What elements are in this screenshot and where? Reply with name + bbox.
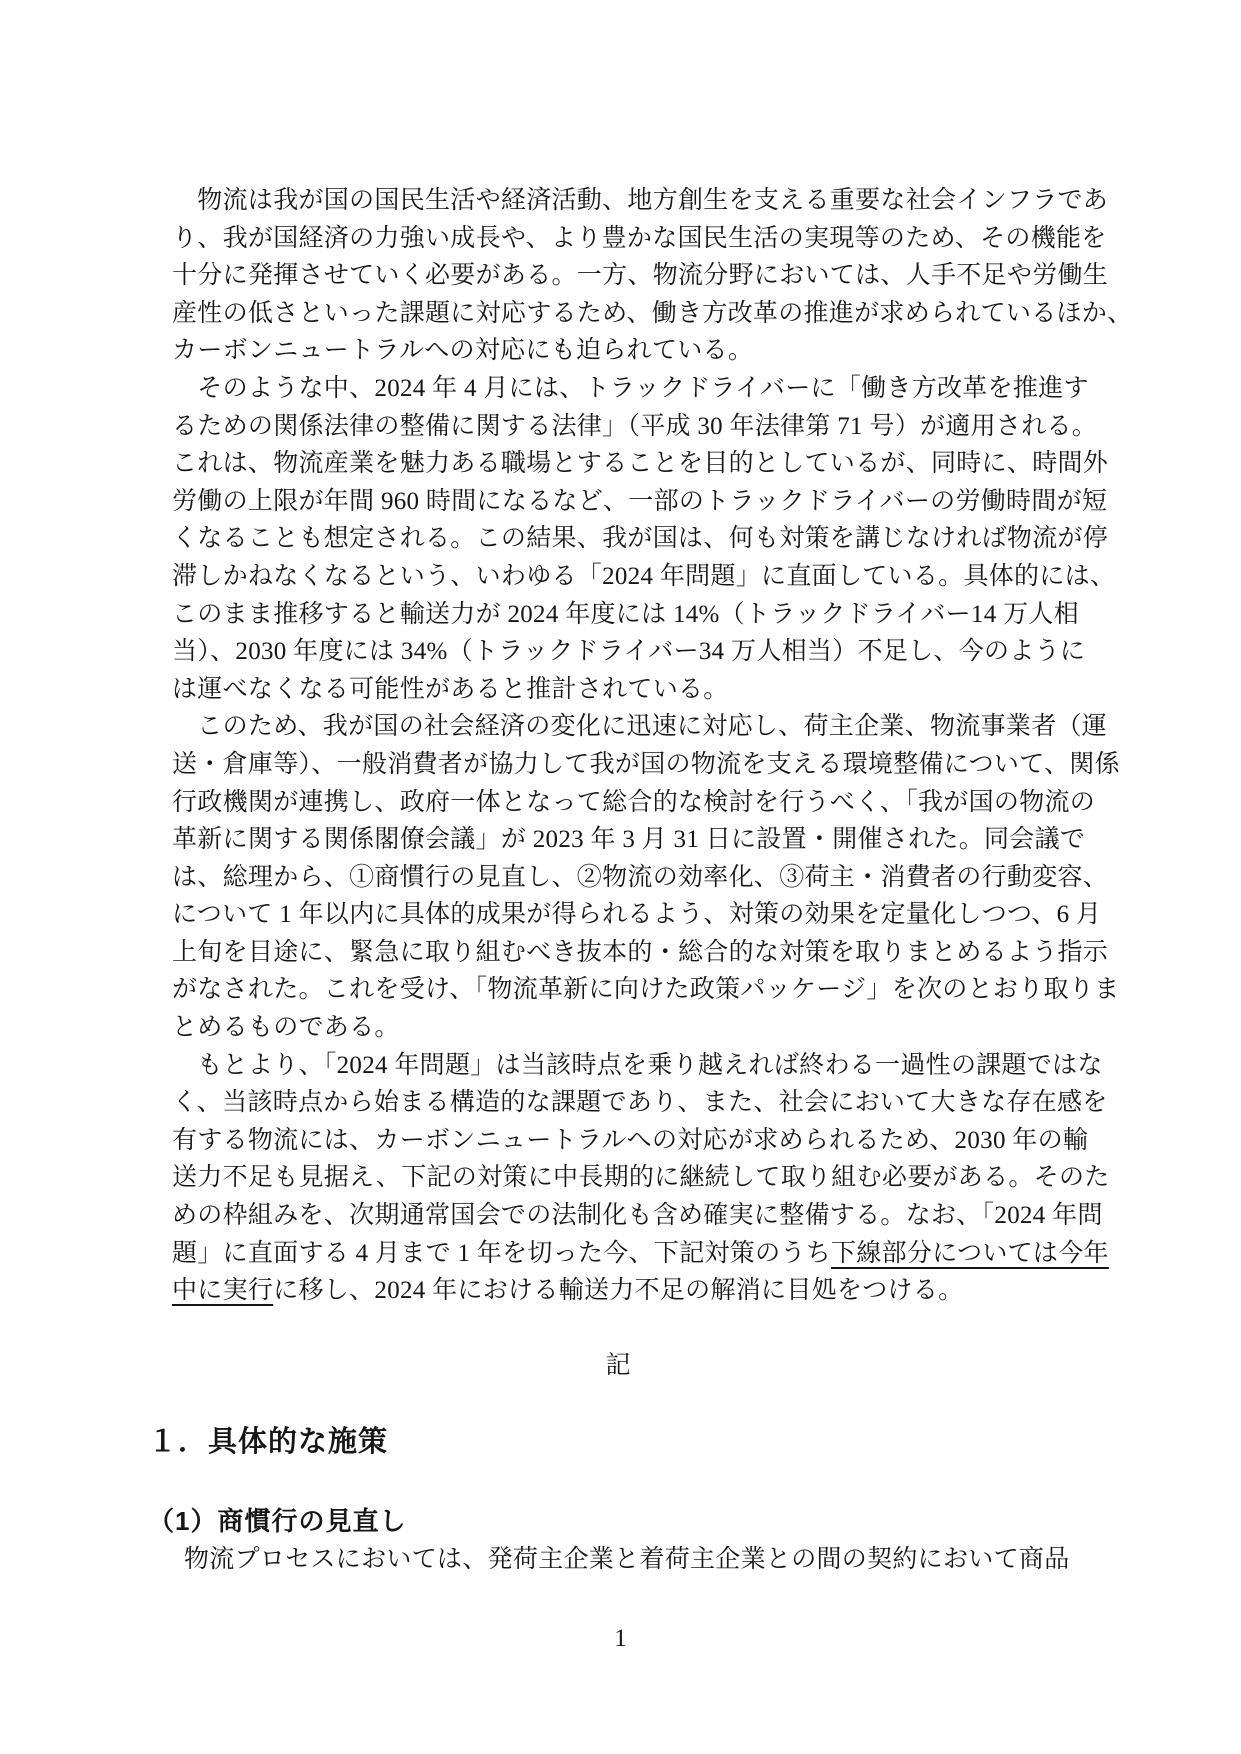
note-marker: 記 [148,1347,1088,1385]
paragraph-2024-law: そのような中、2024 年 4 月には、トラックドライバーに「働き方改革を推進す… [172,370,1158,708]
subsection-1-1-heading: （1）商慣行の見直し [148,1503,1158,1539]
subsection-1-1-paragraph: 物流プロセスにおいては、発荷主企業と着荷主企業との間の契約において商品 [184,1541,1158,1579]
paragraph-structural-issue-text: もとより、「2024 年問題」は当該時点を乗り越えれば終わる一過性の課題ではな … [172,1052,1110,1267]
page-number: 1 [0,1620,1241,1658]
paragraph-intro: 物流は我が国の国民生活や経済活動、地方創生を支える重要な社会インフラであ り、我… [172,182,1158,370]
paragraph-structural-issue-tail: に移し、2024 年における輸送力不足の解消に目処をつける。 [273,1277,963,1304]
document-content: 物流は我が国の国民生活や経済活動、地方創生を支える重要な社会インフラであ り、我… [148,182,1158,1579]
document-page: 物流は我が国の国民生活や経済活動、地方創生を支える重要な社会インフラであ り、我… [0,0,1241,1754]
section-1-heading: １．具体的な施策 [148,1423,1158,1461]
paragraph-structural-issue: もとより、「2024 年問題」は当該時点を乗り越えれば終わる一過性の課題ではな … [172,1047,1158,1310]
paragraph-cabinet-meeting: このため、我が国の社会経済の変化に迅速に対応し、荷主企業、物流事業者（運 送・倉… [172,708,1158,1046]
